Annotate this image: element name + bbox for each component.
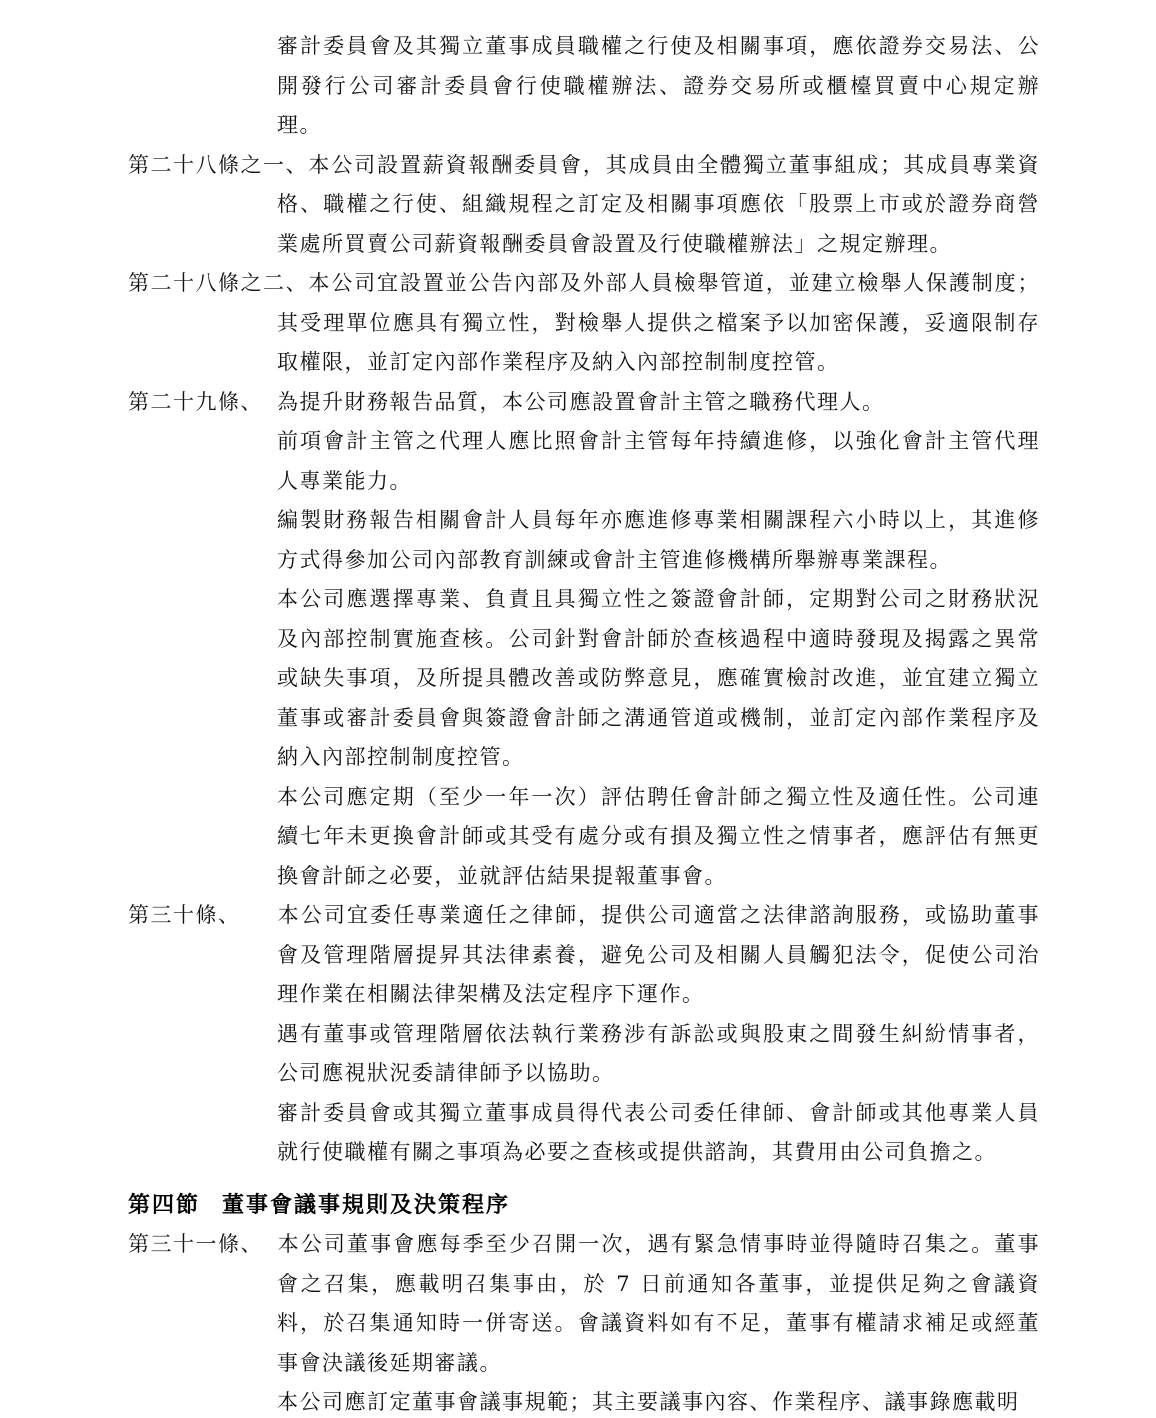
article-31-text-1: 本公司董事會應每季至少召開一次，遇有緊急情事時並得隨時召集之。董事會之召集，應載…	[277, 1232, 1040, 1375]
section-4-number: 第四節	[128, 1192, 200, 1218]
paragraph-continuation: 審計委員會及其獨立董事成員職權之行使及相關事項，應依證券交易法、公開發行公司審計…	[128, 27, 1040, 146]
article-28-1-paragraph-1: 第二十八條之一、本公司設置薪資報酬委員會，其成員由全體獨立董事組成；其成員專業資…	[128, 146, 1040, 265]
article-30-text-1: 本公司宜委任專業適任之律師，提供公司適當之法律諮詢服務，或協助董事會及管理階層提…	[277, 903, 1040, 1006]
article-30: 第三十條、本公司宜委任專業適任之律師，提供公司適當之法律諮詢服務，或協助董事會及…	[128, 896, 1040, 1173]
article-29-label: 第二十九條、	[128, 383, 277, 423]
article-28-1: 第二十八條之一、本公司設置薪資報酬委員會，其成員由全體獨立董事組成；其成員專業資…	[128, 146, 1040, 265]
article-31-paragraph-1: 第三十一條、本公司董事會應每季至少召開一次，遇有緊急情事時並得隨時召集之。董事會…	[128, 1225, 1040, 1383]
article-29: 第二十九條、為提升財務報告品質，本公司應設置會計主管之職務代理人。 前項會計主管…	[128, 383, 1040, 897]
article-28-1-label: 第二十八條之一、	[128, 146, 308, 186]
article-30-label: 第三十條、	[128, 896, 277, 936]
article-29-paragraph-5: 本公司應定期（至少一年一次）評估聘任會計師之獨立性及適任性。公司連續七年未更換會…	[128, 778, 1040, 897]
document-page: 審計委員會及其獨立董事成員職權之行使及相關事項，應依證券交易法、公開發行公司審計…	[0, 0, 1156, 1418]
article-29-text-1: 為提升財務報告品質，本公司應設置會計主管之職務代理人。	[277, 390, 885, 414]
article-30-paragraph-1: 第三十條、本公司宜委任專業適任之律師，提供公司適當之法律諮詢服務，或協助董事會及…	[128, 896, 1040, 1015]
article-29-paragraph-2: 前項會計主管之代理人應比照會計主管每年持續進修，以強化會計主管代理人專業能力。	[128, 422, 1040, 501]
article-31-label: 第三十一條、	[128, 1225, 277, 1265]
article-28-1-text: 本公司設置薪資報酬委員會，其成員由全體獨立董事組成；其成員專業資格、職權之行使、…	[277, 153, 1040, 256]
article-31-paragraph-2: 本公司應訂定董事會議事規範；其主要議事內容、作業程序、議事錄應載明	[128, 1383, 1040, 1418]
article-31: 第三十一條、本公司董事會應每季至少召開一次，遇有緊急情事時並得隨時召集之。董事會…	[128, 1225, 1040, 1418]
article-28-2-label: 第二十八條之二、	[128, 264, 308, 304]
section-4-heading: 第四節董事會議事規則及決策程序	[128, 1186, 1040, 1226]
article-28-2: 第二十八條之二、本公司宜設置並公告內部及外部人員檢舉管道，並建立檢舉人保護制度；…	[128, 264, 1040, 383]
section-4-title: 董事會議事規則及決策程序	[222, 1192, 510, 1218]
article-30-paragraph-2: 遇有董事或管理階層依法執行業務涉有訴訟或與股東之間發生糾紛情事者，公司應視狀況委…	[128, 1015, 1040, 1094]
article-30-paragraph-3: 審計委員會或其獨立董事成員得代表公司委任律師、會計師或其他專業人員就行使職權有關…	[128, 1094, 1040, 1173]
article-29-paragraph-3: 編製財務報告相關會計人員每年亦應進修專業相關課程六小時以上，其進修方式得參加公司…	[128, 501, 1040, 580]
article-29-paragraph-4: 本公司應選擇專業、負責且具獨立性之簽證會計師，定期對公司之財務狀況及內部控制實施…	[128, 580, 1040, 778]
article-28-2-text: 本公司宜設置並公告內部及外部人員檢舉管道，並建立檢舉人保護制度；其受理單位應具有…	[277, 271, 1040, 374]
article-28-2-paragraph-1: 第二十八條之二、本公司宜設置並公告內部及外部人員檢舉管道，並建立檢舉人保護制度；…	[128, 264, 1040, 383]
article-29-paragraph-1: 第二十九條、為提升財務報告品質，本公司應設置會計主管之職務代理人。	[128, 383, 1040, 423]
